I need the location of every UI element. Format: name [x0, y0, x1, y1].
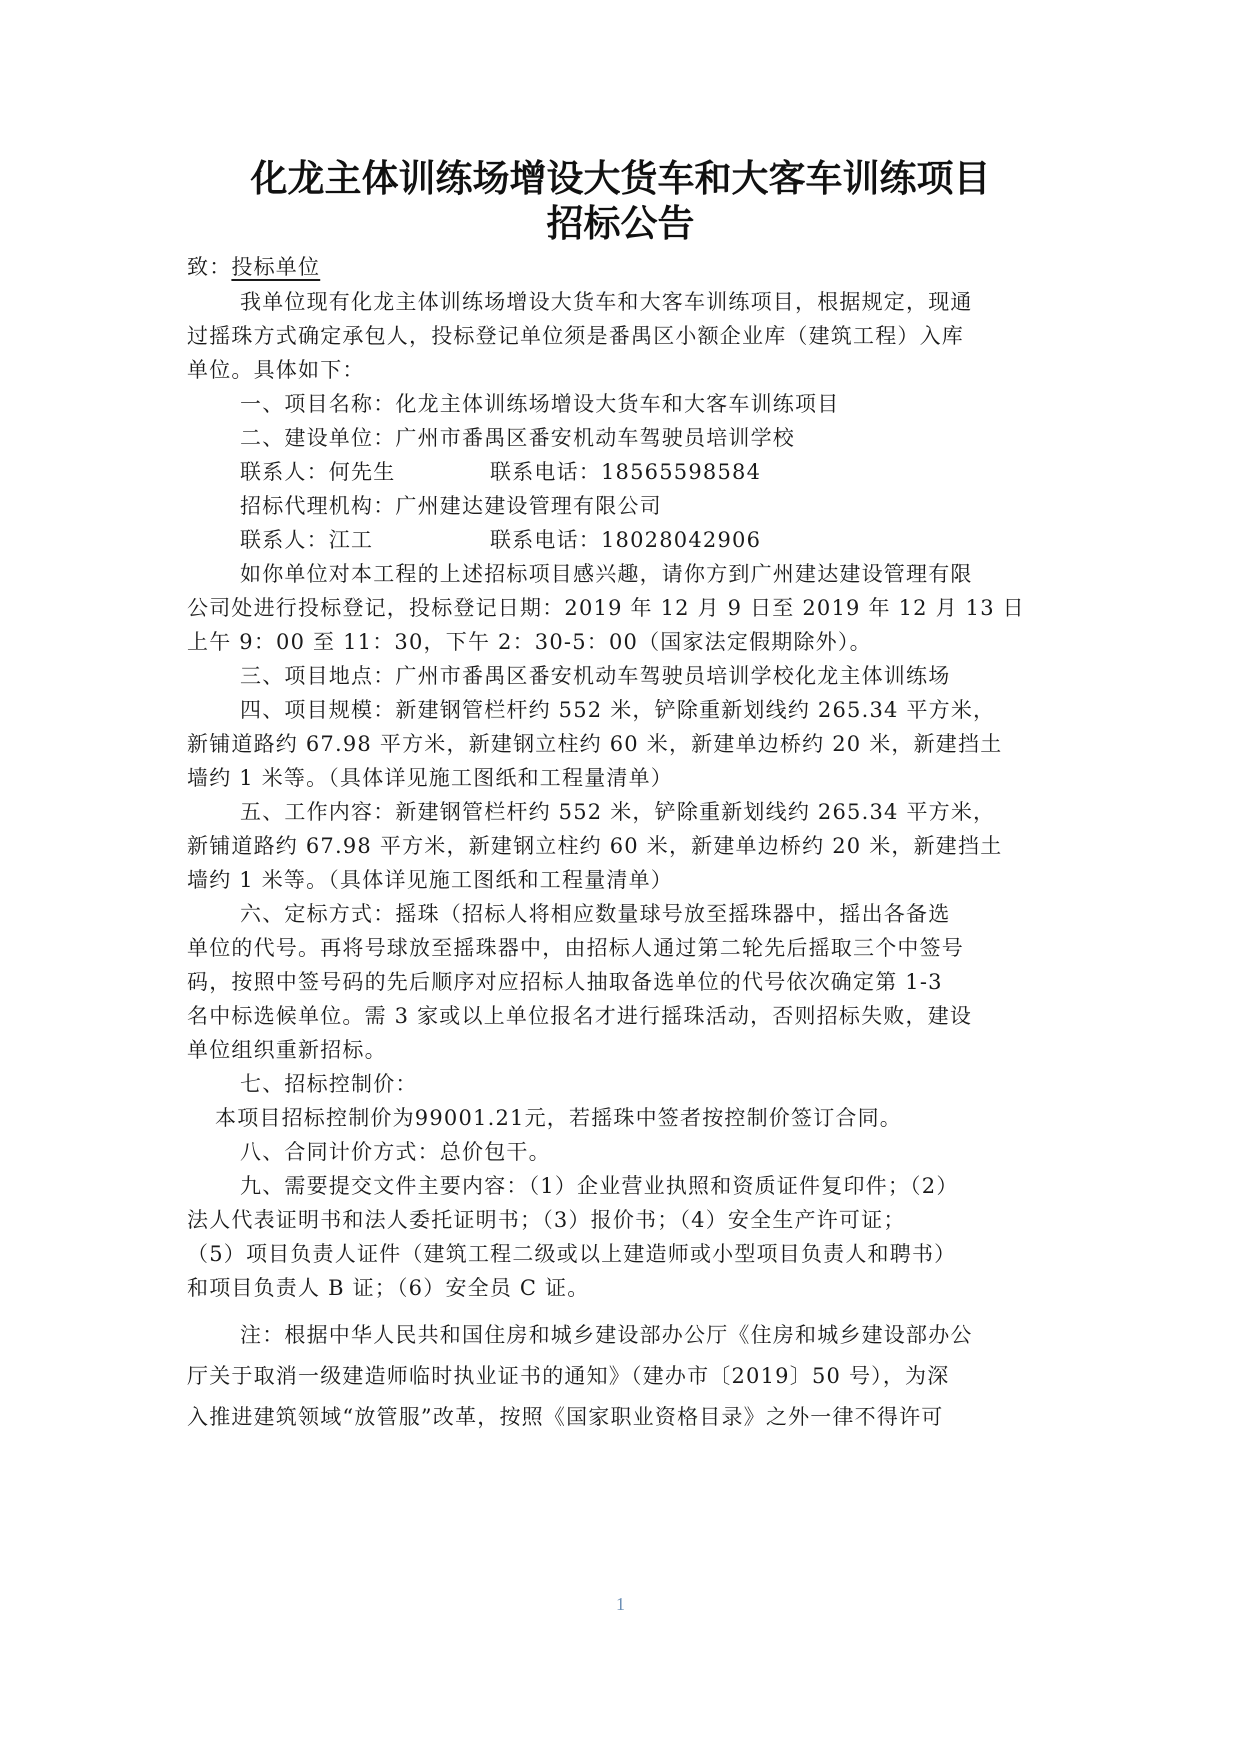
award-method-line-1: 六、定标方式：摇珠（招标人将相应数量球号放至摇珠器中，摇出各备选: [240, 899, 1110, 929]
agency: 招标代理机构：广州建达建设管理有限公司: [240, 491, 1110, 521]
registration-line-1: 如你单位对本工程的上述招标项目感兴趣，请你方到广州建达建设管理有限: [240, 559, 1110, 589]
award-method-line-4: 名中标选候单位。需 3 家或以上单位报名才进行摇珠活动，否则招标失败，建设: [187, 1001, 1057, 1031]
intro-line-1: 我单位现有化龙主体训练场增设大货车和大客车训练项目，根据规定，现通: [240, 287, 1110, 317]
work-content-line-3: 墙约 1 米等。（具体详见施工图纸和工程量清单）: [187, 865, 1057, 895]
note-line-2: 厅关于取消一级建造师临时执业证书的通知》（建办市〔2019〕50 号），为深: [187, 1361, 1057, 1391]
award-method-line-3: 码，按照中签号码的先后顺序对应招标人抽取备选单位的代号依次确定第 1-3: [187, 967, 1057, 997]
documents-line-2: 法人代表证明书和法人委托证明书；（3）报价书；（4）安全生产许可证；: [187, 1205, 1057, 1235]
registration-line-2: 公司处进行投标登记，投标登记日期：2019 年 12 月 9 日至 2019 年…: [187, 593, 1057, 623]
salutation: 致：投标单位: [187, 252, 1057, 282]
project-name: 一、项目名称：化龙主体训练场增设大货车和大客车训练项目: [240, 389, 1110, 419]
scale-line-3: 墙约 1 米等。（具体详见施工图纸和工程量清单）: [187, 763, 1057, 793]
work-content-line-1: 五、工作内容：新建钢管栏杆约 552 米，铲除重新划线约 265.34 平方米，: [240, 797, 1110, 827]
document-page: 化龙主体训练场增设大货车和大客车训练项目 招标公告 致：投标单位 我单位现有化龙…: [0, 0, 1241, 1754]
agency-contact: 联系人：江工联系电话：18028042906: [240, 525, 1110, 555]
control-price-text: 本项目招标控制价为99001.21元，若摇珠中签者按控制价签订合同。: [215, 1103, 1085, 1133]
agency-contact-phone: 联系电话：18028042906: [490, 528, 761, 552]
note-line-1: 注：根据中华人民共和国住房和城乡建设部办公厅《住房和城乡建设部办公: [240, 1320, 1110, 1350]
salutation-prefix: 致：: [187, 255, 231, 279]
owner-contact-phone: 联系电话：18565598584: [490, 460, 761, 484]
agency-contact-person: 联系人：江工: [240, 525, 490, 555]
intro-line-2: 过摇珠方式确定承包人，投标登记单位须是番禺区小额企业库（建筑工程）入库: [187, 321, 1057, 351]
page-number: 1: [0, 1594, 1241, 1615]
award-method-line-5: 单位组织重新招标。: [187, 1035, 1057, 1065]
contract-pricing: 八、合同计价方式：总价包干。: [240, 1137, 1110, 1167]
note-line-3: 入推进建筑领域“放管服”改革，按照《国家职业资格目录》之外一律不得许可: [187, 1402, 1057, 1432]
project-location: 三、项目地点：广州市番禺区番安机动车驾驶员培训学校化龙主体训练场: [240, 661, 1110, 691]
documents-line-3: （5）项目负责人证件（建筑工程二级或以上建造师或小型项目负责人和聘书）: [187, 1239, 1057, 1269]
owner-contact: 联系人：何先生联系电话：18565598584: [240, 457, 1110, 487]
intro-line-3: 单位。具体如下：: [187, 355, 1057, 385]
registration-line-3: 上午 9：00 至 11：30，下午 2：30-5：00（国家法定假期除外）。: [187, 627, 1057, 657]
document-subtitle: 招标公告: [0, 193, 1241, 247]
award-method-line-2: 单位的代号。再将号球放至摇珠器中，由招标人通过第二轮先后摇取三个中签号: [187, 933, 1057, 963]
salutation-addressee: 投标单位: [231, 255, 320, 279]
documents-line-1: 九、需要提交文件主要内容：（1）企业营业执照和资质证件复印件；（2）: [240, 1171, 1110, 1201]
control-price-heading: 七、招标控制价：: [240, 1069, 1110, 1099]
documents-line-4: 和项目负责人 B 证；（6）安全员 C 证。: [187, 1273, 1057, 1303]
owner-contact-person: 联系人：何先生: [240, 457, 490, 487]
scale-line-1: 四、项目规模：新建钢管栏杆约 552 米，铲除重新划线约 265.34 平方米，: [240, 695, 1110, 725]
construction-unit: 二、建设单位：广州市番禺区番安机动车驾驶员培训学校: [240, 423, 1110, 453]
work-content-line-2: 新铺道路约 67.98 平方米，新建钢立柱约 60 米，新建单边桥约 20 米，…: [187, 831, 1057, 861]
scale-line-2: 新铺道路约 67.98 平方米，新建钢立柱约 60 米，新建单边桥约 20 米，…: [187, 729, 1057, 759]
